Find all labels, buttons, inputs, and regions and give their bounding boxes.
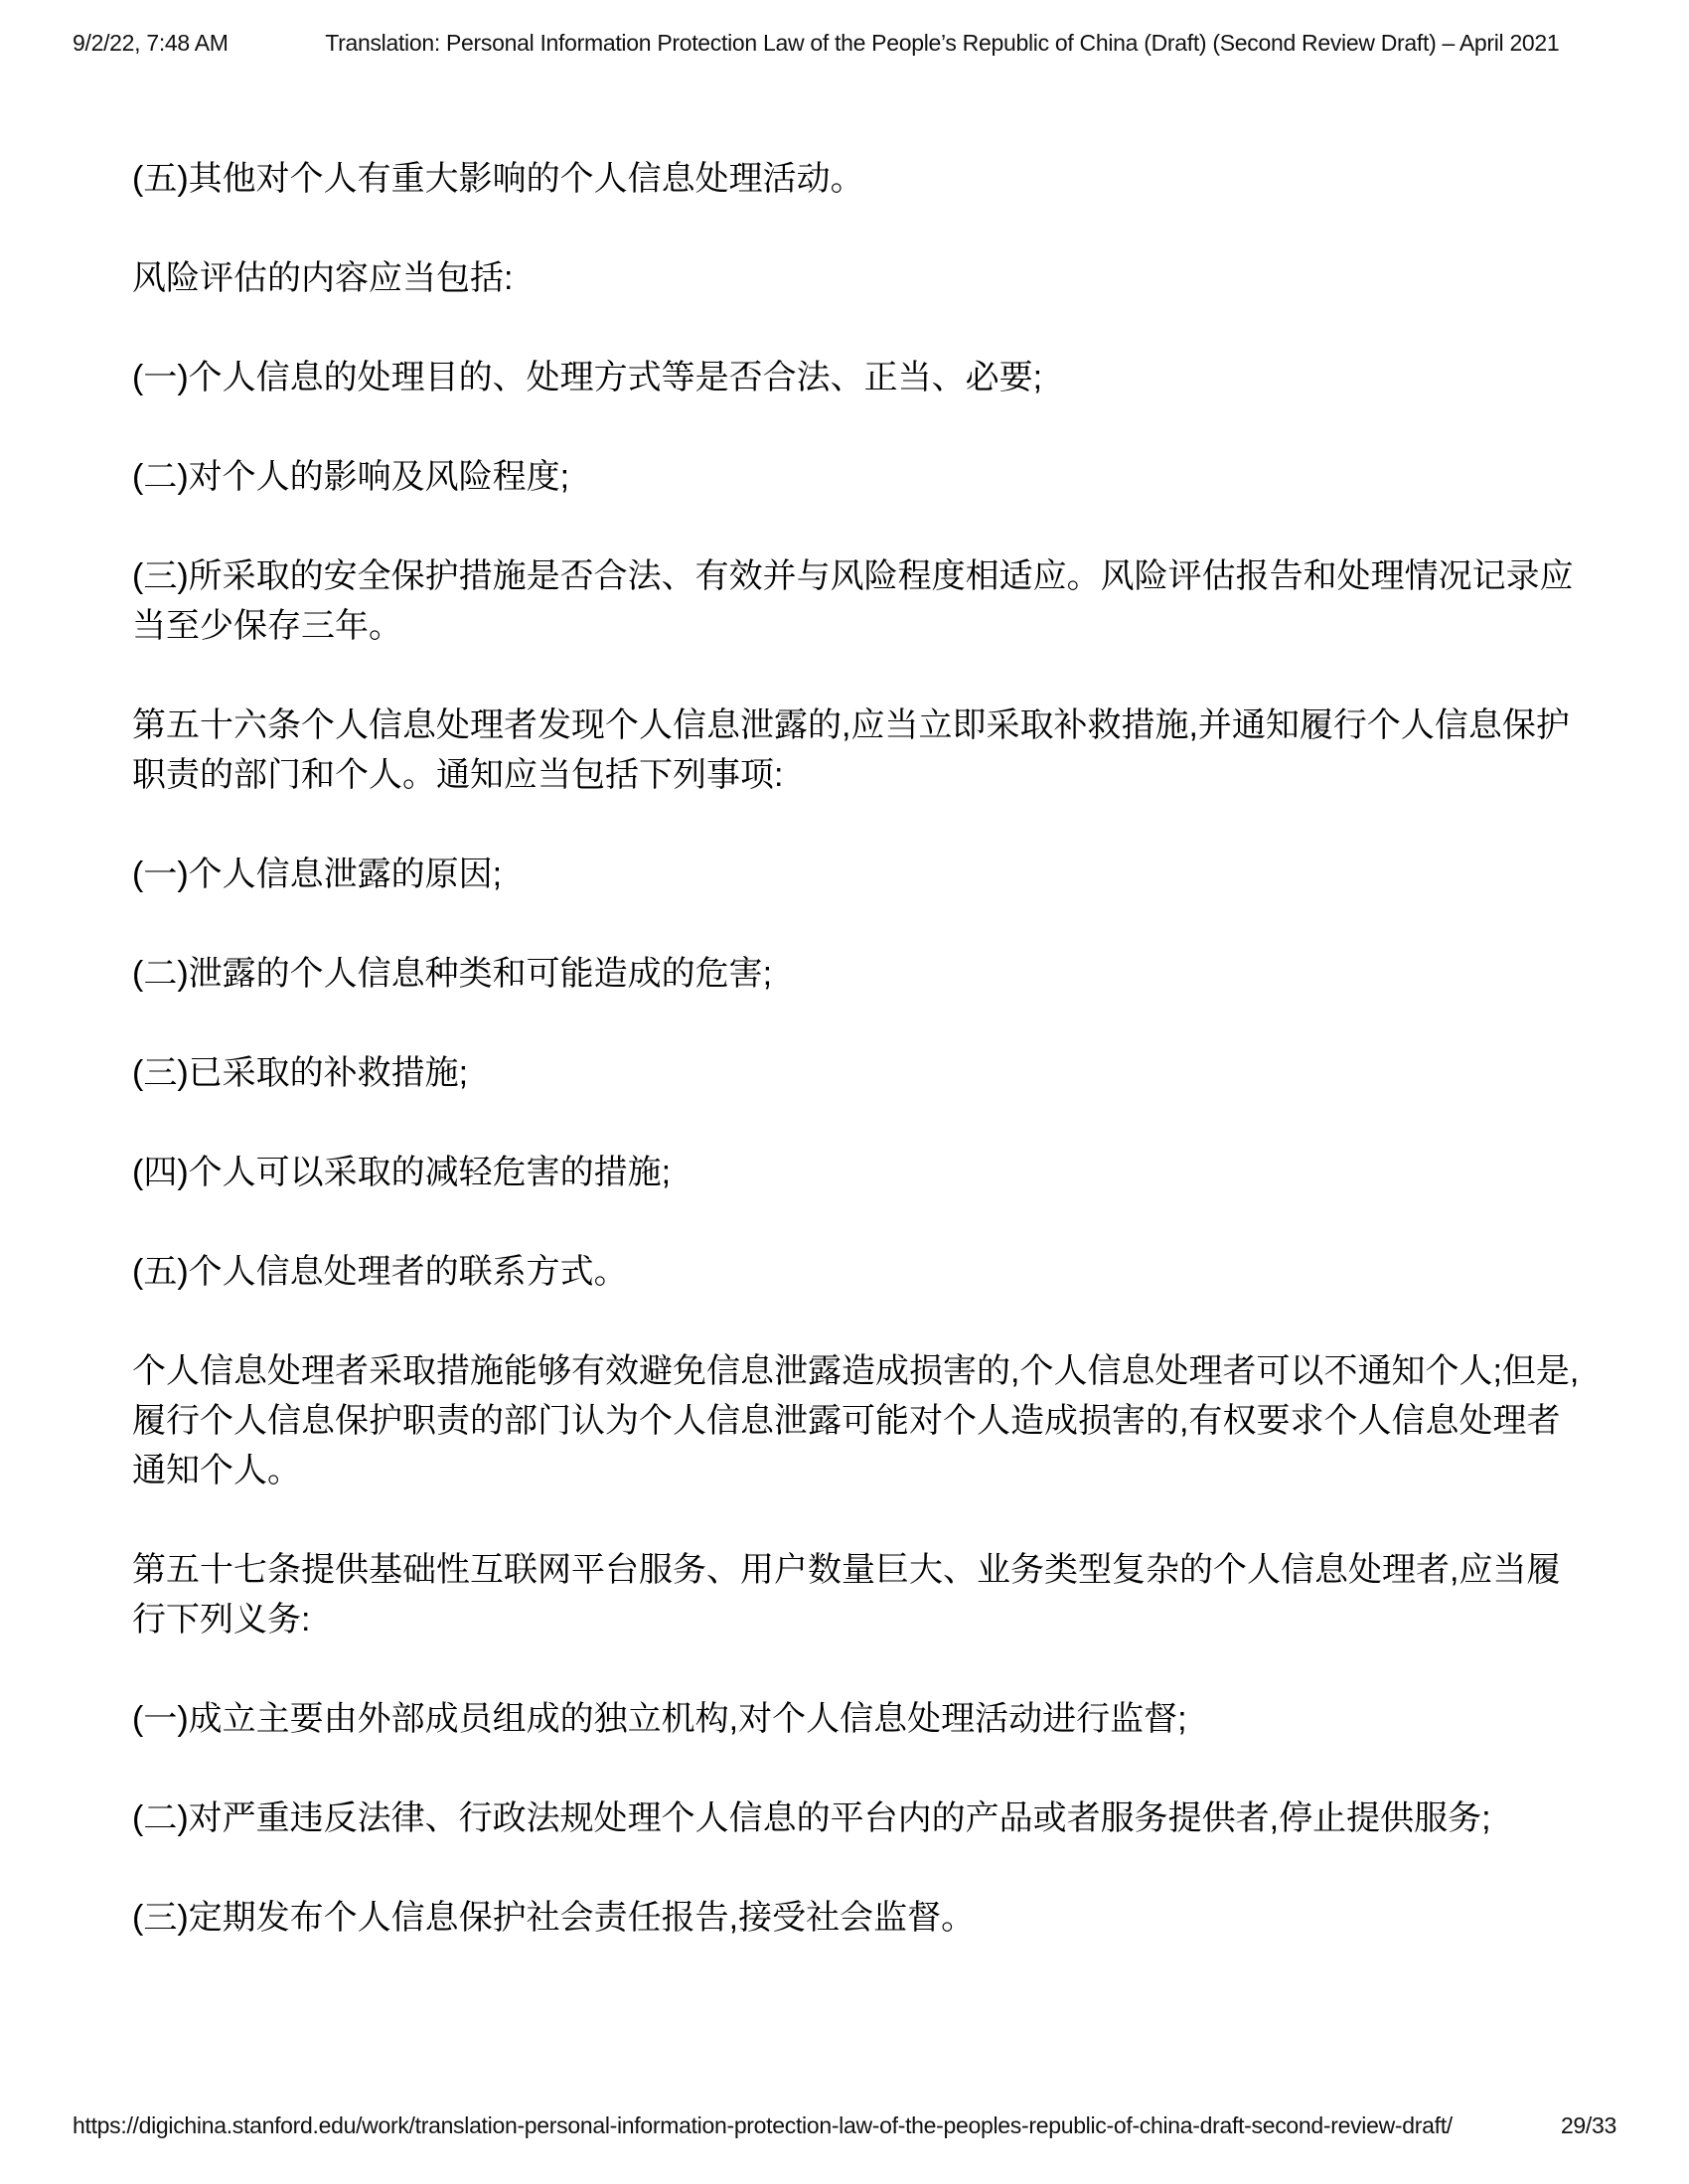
document-body: (五)其他对个人有重大影响的个人信息处理活动。 风险评估的内容应当包括: (一)…: [132, 154, 1585, 1992]
paragraph: (三)已采取的补救措施;: [132, 1048, 1585, 1098]
paragraph: (一)成立主要由外部成员组成的独立机构,对个人信息处理活动进行监督;: [132, 1694, 1585, 1744]
paragraph: (五)其他对个人有重大影响的个人信息处理活动。: [132, 154, 1585, 204]
paragraph: 风险评估的内容应当包括:: [132, 253, 1585, 303]
print-title: Translation: Personal Information Protec…: [229, 30, 1616, 57]
paragraph: (四)个人可以采取的减轻危害的措施;: [132, 1148, 1585, 1197]
paragraph: 第五十七条提供基础性互联网平台服务、用户数量巨大、业务类型复杂的个人信息处理者,…: [132, 1545, 1585, 1644]
source-url: https://digichina.stanford.edu/work/tran…: [73, 2112, 1531, 2139]
paragraph: 第五十六条个人信息处理者发现个人信息泄露的,应当立即采取补救措施,并通知履行个人…: [132, 701, 1585, 800]
paragraph: (二)对严重违反法律、行政法规处理个人信息的平台内的产品或者服务提供者,停止提供…: [132, 1794, 1585, 1843]
print-header: 9/2/22, 7:48 AM Translation: Personal In…: [73, 30, 1616, 57]
paragraph: (三)定期发布个人信息保护社会责任报告,接受社会监督。: [132, 1893, 1585, 1943]
print-footer: https://digichina.stanford.edu/work/tran…: [73, 2112, 1616, 2139]
paragraph: 个人信息处理者采取措施能够有效避免信息泄露造成损害的,个人信息处理者可以不通知个…: [132, 1346, 1585, 1495]
paragraph: (二)对个人的影响及风险程度;: [132, 452, 1585, 502]
page-number: 29/33: [1531, 2112, 1616, 2139]
paragraph: (三)所采取的安全保护措施是否合法、有效并与风险程度相适应。风险评估报告和处理情…: [132, 551, 1585, 651]
print-datetime: 9/2/22, 7:48 AM: [73, 30, 229, 57]
paragraph: (一)个人信息的处理目的、处理方式等是否合法、正当、必要;: [132, 353, 1585, 402]
paragraph: (一)个人信息泄露的原因;: [132, 850, 1585, 899]
paragraph: (五)个人信息处理者的联系方式。: [132, 1247, 1585, 1297]
paragraph: (二)泄露的个人信息种类和可能造成的危害;: [132, 949, 1585, 999]
